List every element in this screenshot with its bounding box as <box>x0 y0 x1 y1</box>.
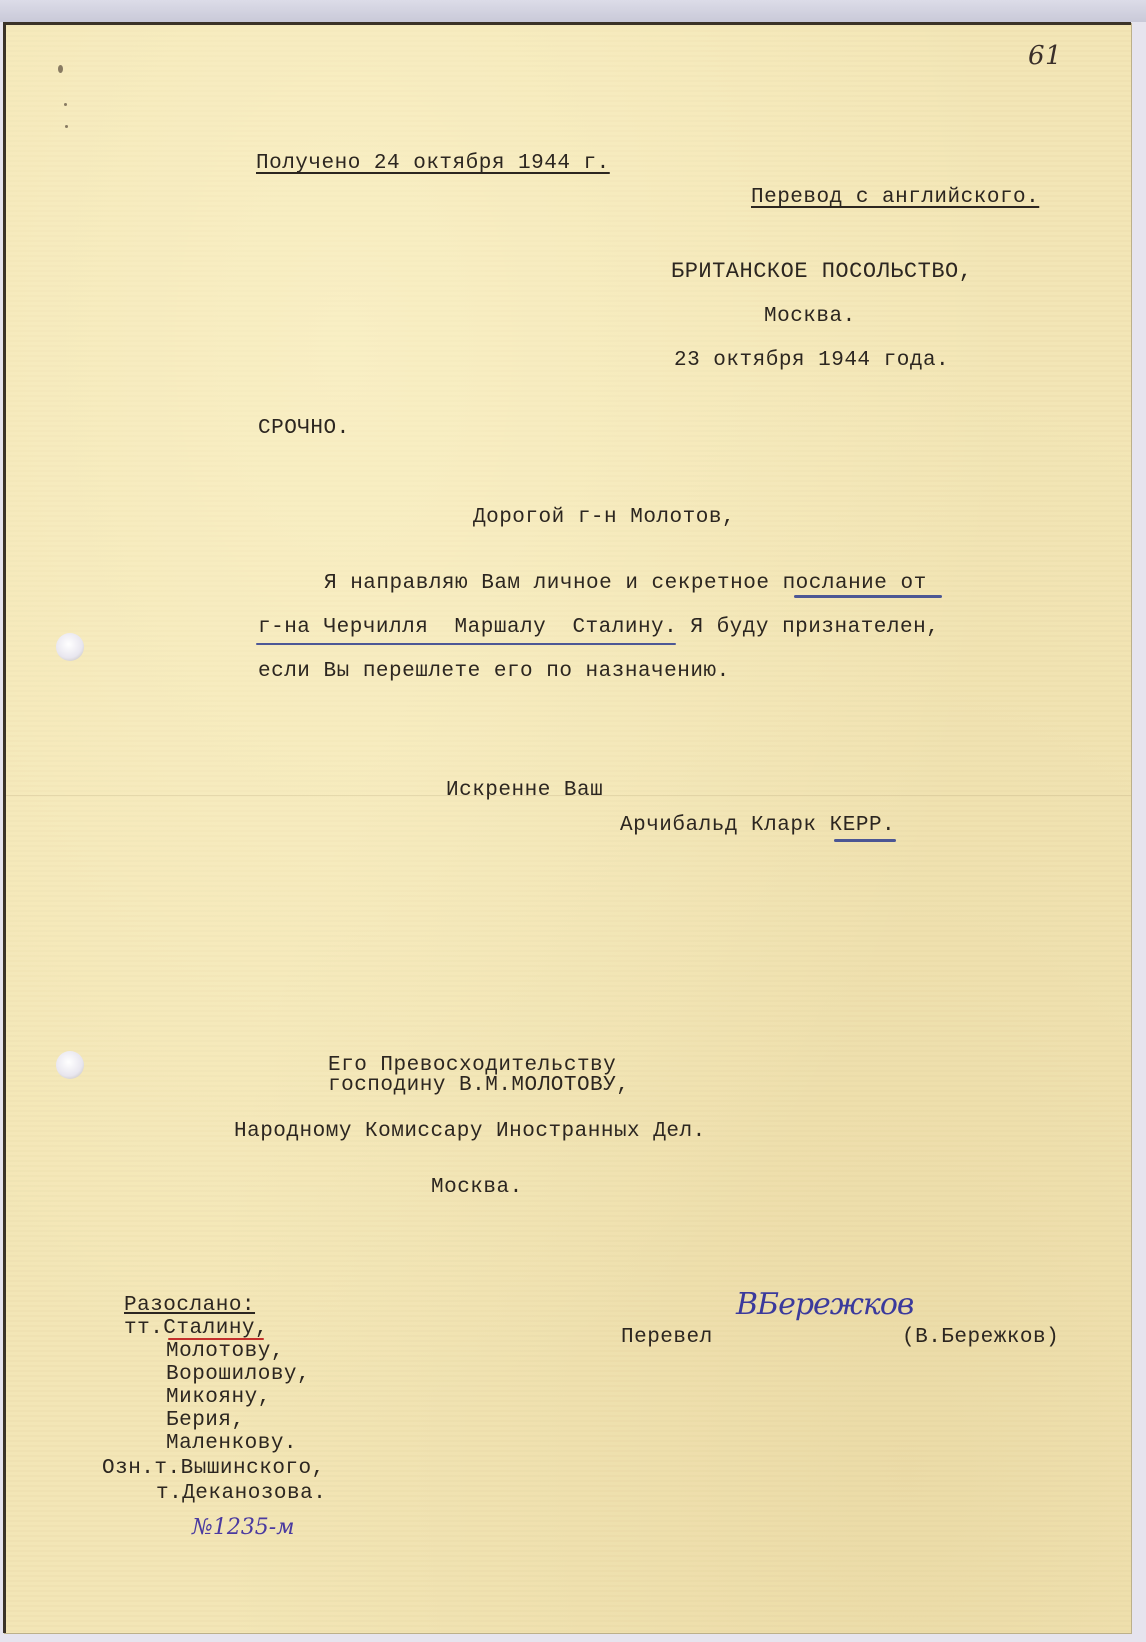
distribution-item: Микояну, <box>166 1387 271 1408</box>
addressee-line-3: Народному Комиссару Иностранных Дел. <box>234 1121 706 1142</box>
translator-name: (В.Бережков) <box>902 1327 1059 1348</box>
translation-note: Перевод с английского. <box>751 187 1039 208</box>
received-stamp: Получено 24 октября 1944 г. <box>256 153 610 174</box>
body-line-2: г-на Черчилля Маршалу Сталину. Я буду пр… <box>258 617 939 638</box>
body-line-3: если Вы перешлете его по назначению. <box>258 661 730 682</box>
salutation: Дорогой г-н Молотов, <box>473 507 735 528</box>
page-number: 61 <box>1028 43 1062 69</box>
blue-underline-kerr <box>834 839 896 842</box>
distribution-heading: Разослано: <box>124 1295 255 1316</box>
punch-hole <box>56 633 84 661</box>
distribution-item: Ворошилову, <box>166 1364 310 1385</box>
translator-label: Перевел <box>621 1327 713 1348</box>
punch-hole <box>56 1051 84 1079</box>
registration-number: №1235-м <box>192 1515 294 1540</box>
signatory: Арчибальд Кларк КЕРР. <box>620 815 895 836</box>
distribution-item: Берия, <box>166 1410 245 1431</box>
addressee-city: Москва. <box>431 1177 523 1198</box>
closing: Искренне Ваш <box>446 780 603 801</box>
paper-speck <box>58 65 63 73</box>
paper-speck <box>64 103 67 106</box>
addressee-line-2: господину В.М.МОЛОТОВУ, <box>328 1075 629 1096</box>
document-page: 61 Получено 24 октября 1944 г. Перевод с… <box>3 22 1131 1633</box>
blue-underline-churchill-stalin <box>256 643 676 645</box>
body-line-1: Я направляю Вам личное и секретное посла… <box>324 573 927 594</box>
priority-label: СРОЧНО. <box>258 418 350 439</box>
sender-date: 23 октября 1944 года. <box>674 350 949 371</box>
sender-organization: БРИТАНСКОЕ ПОСОЛЬСТВО, <box>671 261 972 283</box>
blue-underline-message <box>794 595 942 598</box>
sender-city: Москва. <box>764 306 856 327</box>
translator-signature: ВБережков <box>736 1287 913 1322</box>
distribution-item: Маленкову. <box>166 1433 297 1454</box>
distribution-item: тт.Сталину, <box>124 1318 268 1339</box>
addressee-line-1: Его Превосходительству <box>328 1055 616 1076</box>
distribution-item: Озн.т.Вышинского, <box>102 1458 325 1479</box>
distribution-item: Молотову, <box>166 1341 284 1362</box>
distribution-item: т.Деканозова. <box>156 1483 326 1504</box>
paper-speck <box>65 125 68 128</box>
scan-top-border <box>0 0 1146 22</box>
